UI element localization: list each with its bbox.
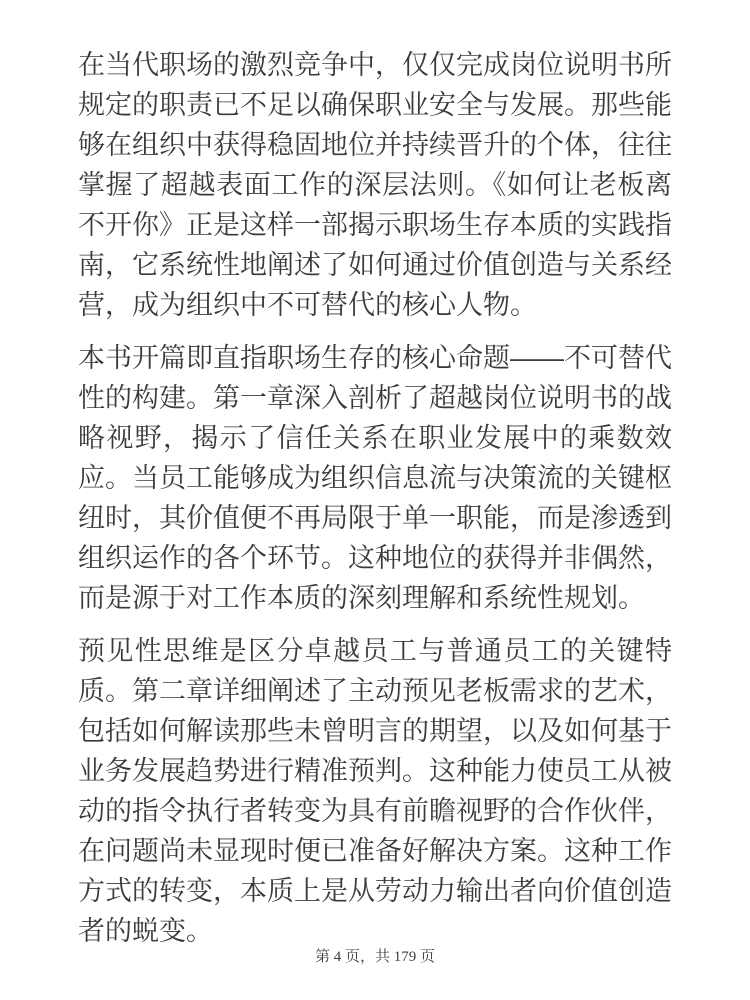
paragraph-2: 本书开篇即直指职场生存的核心命题——不可替代性的构建。第一章深入剖析了超越岗位说… xyxy=(78,338,672,618)
page-number-footer: 第 4 页，共 179 页 xyxy=(0,946,750,968)
document-page: 在当代职场的激烈竞争中，仅仅完成岗位说明书所规定的职责已不足以确保职业安全与发展… xyxy=(0,0,750,1000)
paragraph-1: 在当代职场的激烈竞争中，仅仅完成岗位说明书所规定的职责已不足以确保职业安全与发展… xyxy=(78,45,672,325)
paragraph-3: 预见性思维是区分卓越员工与普通员工的关键特质。第二章详细阐述了主动预见老板需求的… xyxy=(78,631,672,951)
page-content: 在当代职场的激烈竞争中，仅仅完成岗位说明书所规定的职责已不足以确保职业安全与发展… xyxy=(78,45,672,951)
